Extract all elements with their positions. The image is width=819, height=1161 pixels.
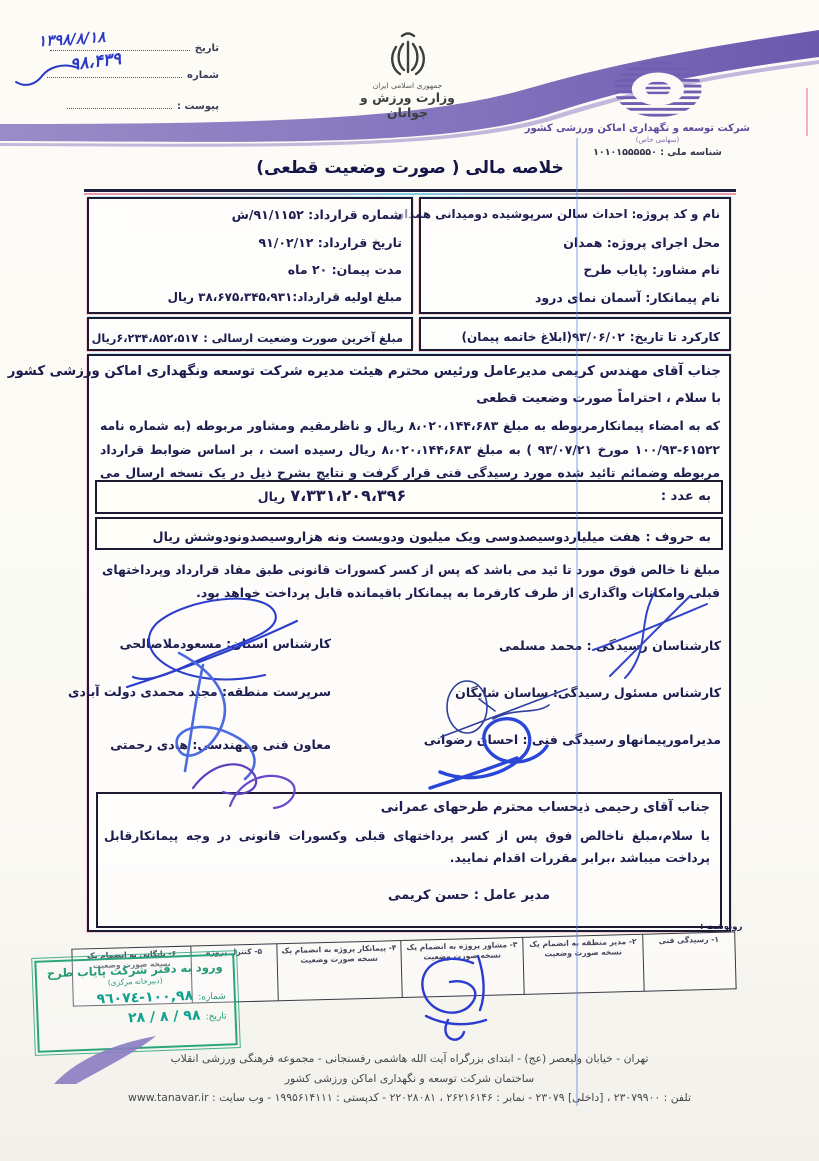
national-id-value: ۱۰۱۰۱۵۵۵۵۵۰ — [593, 147, 657, 158]
body-segment: ) به مبلغ — [477, 442, 532, 457]
initial-amount-suffix: ریال — [168, 290, 194, 304]
contract-duration-row: مدت پیمان: ۲۰ ماه — [89, 256, 411, 284]
entry-stamp-date-value: ٩٨ / ٨ / ٢٨ — [128, 1008, 201, 1027]
amount-digits-value: ۷،۳۳۱،۲۰۹،۳۹۶ — [290, 486, 406, 505]
reference-letter-number: ۱۰۰/۹۳-۶۱۵۲۲ — [635, 442, 720, 457]
worked-until-label: کارکرد تا تاریخ: — [630, 330, 720, 344]
company-name: شرکت توسعه و نگهداری اماکن ورزشی کشور — [565, 123, 750, 134]
contract-date-label: تاریخ قرارداد: — [318, 235, 402, 250]
signature-moslemi-scribble — [585, 588, 715, 683]
project-info-box: نام و کد پروژه: احداث سالن سرپوشیده دومی… — [419, 197, 731, 314]
footer-address-line1: تهران - خیابان ولیعصر (عج) - ابتدای بزرگ… — [0, 1052, 819, 1065]
amount-in-digits-strip: به عدد : ۷،۳۳۱،۲۰۹،۳۹۶ ریال — [95, 480, 723, 514]
letter-salutation: با سلام ، احتراماً صورت وضعیت قطعی — [476, 391, 721, 406]
date-label: تاریخ — [195, 43, 219, 54]
footer-contact-line: تلفن : ۲۳۰۷۹۹۰۰ ، [داخلی] ۲۳۰۷۹ - نمابر … — [0, 1091, 819, 1104]
number-label: شماره — [187, 70, 219, 81]
distribution-cell: ۱- رسیدگی فنی — [643, 931, 736, 991]
amount-words-value: هفت میلیاردوسیصدوسی ویک میلیون ودویست ون… — [153, 529, 641, 544]
signature-name: محمد مسلمی — [499, 638, 582, 653]
ceo-name: حسن کریمی — [388, 888, 469, 903]
ministry-block: جمهوری اسلامی ایران وزارت ورزش و جوانان — [345, 30, 470, 120]
attachment-line: پیوست : — [12, 94, 219, 113]
attachment-dots — [67, 98, 172, 109]
scan-artifact-line — [806, 88, 808, 136]
last-statement-suffix: ریال — [92, 332, 117, 345]
company-logo-icon — [610, 58, 706, 120]
consultant-row: نام مشاور: پایاب طرح — [421, 256, 729, 284]
handwritten-number-flourish — [12, 58, 82, 92]
amount-words-label: به حروف : — [645, 529, 711, 544]
amount-digits-wrap: ۷،۳۳۱،۲۰۹،۳۹۶ ریال — [212, 486, 452, 505]
attachment-label: پیوست : — [177, 101, 219, 112]
registration-header: تاریخ شماره پیوست : ۱۳۹۸/۸/۱۸ ۹۸،۴۳۹ — [12, 36, 219, 113]
title-rule — [84, 189, 736, 192]
body-segment: مورخ — [598, 442, 630, 457]
contract-info-box: شماره قرارداد: ۹۱/۱۱۵۲/ش تاریخ قرارداد: … — [87, 197, 413, 314]
contractor-row: نام پیمانکار: آسمان نمای درود — [421, 284, 729, 312]
distribution-cell: ۴- پیمانکار پروژه به انضمام یک نسخه صورت… — [277, 940, 402, 1001]
amount-digits-label: به عدد : — [661, 489, 711, 504]
ceo-signature-line: مدیر عامل : حسن کریمی — [388, 888, 550, 903]
worked-until-suffix: (ابلاغ خاتمه پیمان) — [462, 330, 572, 344]
contractor-signed-amount: ۸،۰۲۰،۱۴۴،۶۸۳ — [409, 418, 499, 433]
amount-in-words-strip: به حروف : هفت میلیاردوسیصدوسی ویک میلیون… — [95, 517, 723, 550]
entry-stamp-number-label: شماره: — [198, 992, 226, 1003]
scan-artifact-line — [576, 138, 578, 1106]
last-statement-value: ۶،۲۳۴،۸۵۲،۵۱۷ — [116, 332, 198, 345]
contract-date-row: تاریخ قرارداد: ۹۱/۰۲/۱۲ — [89, 229, 411, 257]
project-location-row: محل اجرای پروژه: همدان — [421, 229, 729, 257]
national-id-label: شناسه ملی : — [660, 147, 722, 158]
ceo-role: مدیر عامل : — [474, 888, 550, 903]
last-statement-label: مبلغ آخرین صورت وضعیت ارسالی : — [203, 332, 403, 345]
document-title: خلاصه مالی ( صورت وضعیت قطعی) — [230, 158, 590, 178]
initial-amount-value: ۳۸،۶۷۵،۳۴۵،۹۳۱ — [198, 290, 292, 304]
consultant-approved-amount: ۸،۰۲۰،۱۴۴،۶۸۳ — [381, 442, 471, 457]
reference-letter-date: ۹۳/۰۷/۲۱ — [538, 442, 592, 457]
distribution-cell: ۲- مدیر منطقه به انضمام یک نسخه صورت وضع… — [523, 934, 644, 995]
contract-number-row: شماره قرارداد: ۹۱/۱۱۵۲/ش — [89, 201, 411, 229]
title-rule-color-fringe — [84, 193, 736, 195]
worked-until-box: کارکرد تا تاریخ: ۹۳/۰۶/۰۲(ابلاغ خاتمه پی… — [419, 317, 731, 351]
initial-amount-label: مبلغ اولیه قرارداد: — [292, 290, 402, 304]
ministry-name: وزارت ورزش و جوانان — [345, 90, 470, 120]
contract-date-value: ۹۱/۰۲/۱۲ — [259, 235, 314, 250]
entry-stamp-date-label: تاریخ: — [205, 1012, 226, 1023]
rahimi-body: با سلام،مبلغ ناخالص فوق پس از کسر پرداخت… — [104, 825, 710, 869]
rahimi-box: جناب آقای رحیمی ذیحساب محترم طرحهای عمرا… — [96, 792, 722, 928]
body-segment: که به امضاء پیمانکارمربوطه به مبلغ — [503, 418, 720, 433]
national-id-line: شناسه ملی : ۱۰۱۰۱۵۵۵۵۵۰ — [565, 147, 750, 158]
scanned-letter-page: تاریخ شماره پیوست : ۱۳۹۸/۸/۱۸ ۹۸،۴۳۹ — [0, 0, 819, 1161]
signature-bottom-scribble — [388, 948, 508, 1048]
signature-rezvani-scribble — [425, 700, 575, 795]
project-name-row: نام و کد پروژه: احداث سالن سرپوشیده دومی… — [421, 201, 729, 229]
company-block: شرکت توسعه و نگهداری اماکن ورزشی کشور (س… — [565, 58, 750, 158]
copy-label: رونوشت : — [700, 922, 742, 932]
signature-karimi-scribble — [222, 766, 307, 814]
footer-address-line2: ساختمان شرکت توسعه و نگهداری اماکن ورزشی… — [0, 1072, 819, 1085]
amount-digits-suffix: ریال — [258, 489, 285, 504]
company-type: (سهامی خاص) — [565, 136, 750, 144]
letter-recipient: جناب آقای مهندس کریمی مدیرعامل ورئیس محت… — [8, 364, 721, 379]
last-statement-box: مبلغ آخرین صورت وضعیت ارسالی : ۶،۲۳۴،۸۵۲… — [87, 317, 413, 351]
worked-until-value: ۹۳/۰۶/۰۲ — [572, 330, 625, 344]
rahimi-recipient: جناب آقای رحیمی ذیحساب محترم طرحهای عمرا… — [381, 800, 710, 815]
ministry-country: جمهوری اسلامی ایران — [345, 81, 470, 90]
iran-emblem-icon — [388, 30, 428, 80]
initial-amount-row: مبلغ اولیه قرارداد:۳۸،۶۷۵،۳۴۵،۹۳۱ ریال — [89, 284, 411, 312]
body-segment: ریال و ناظرمقیم ومشاور مربوطه (به شماره … — [100, 418, 404, 433]
